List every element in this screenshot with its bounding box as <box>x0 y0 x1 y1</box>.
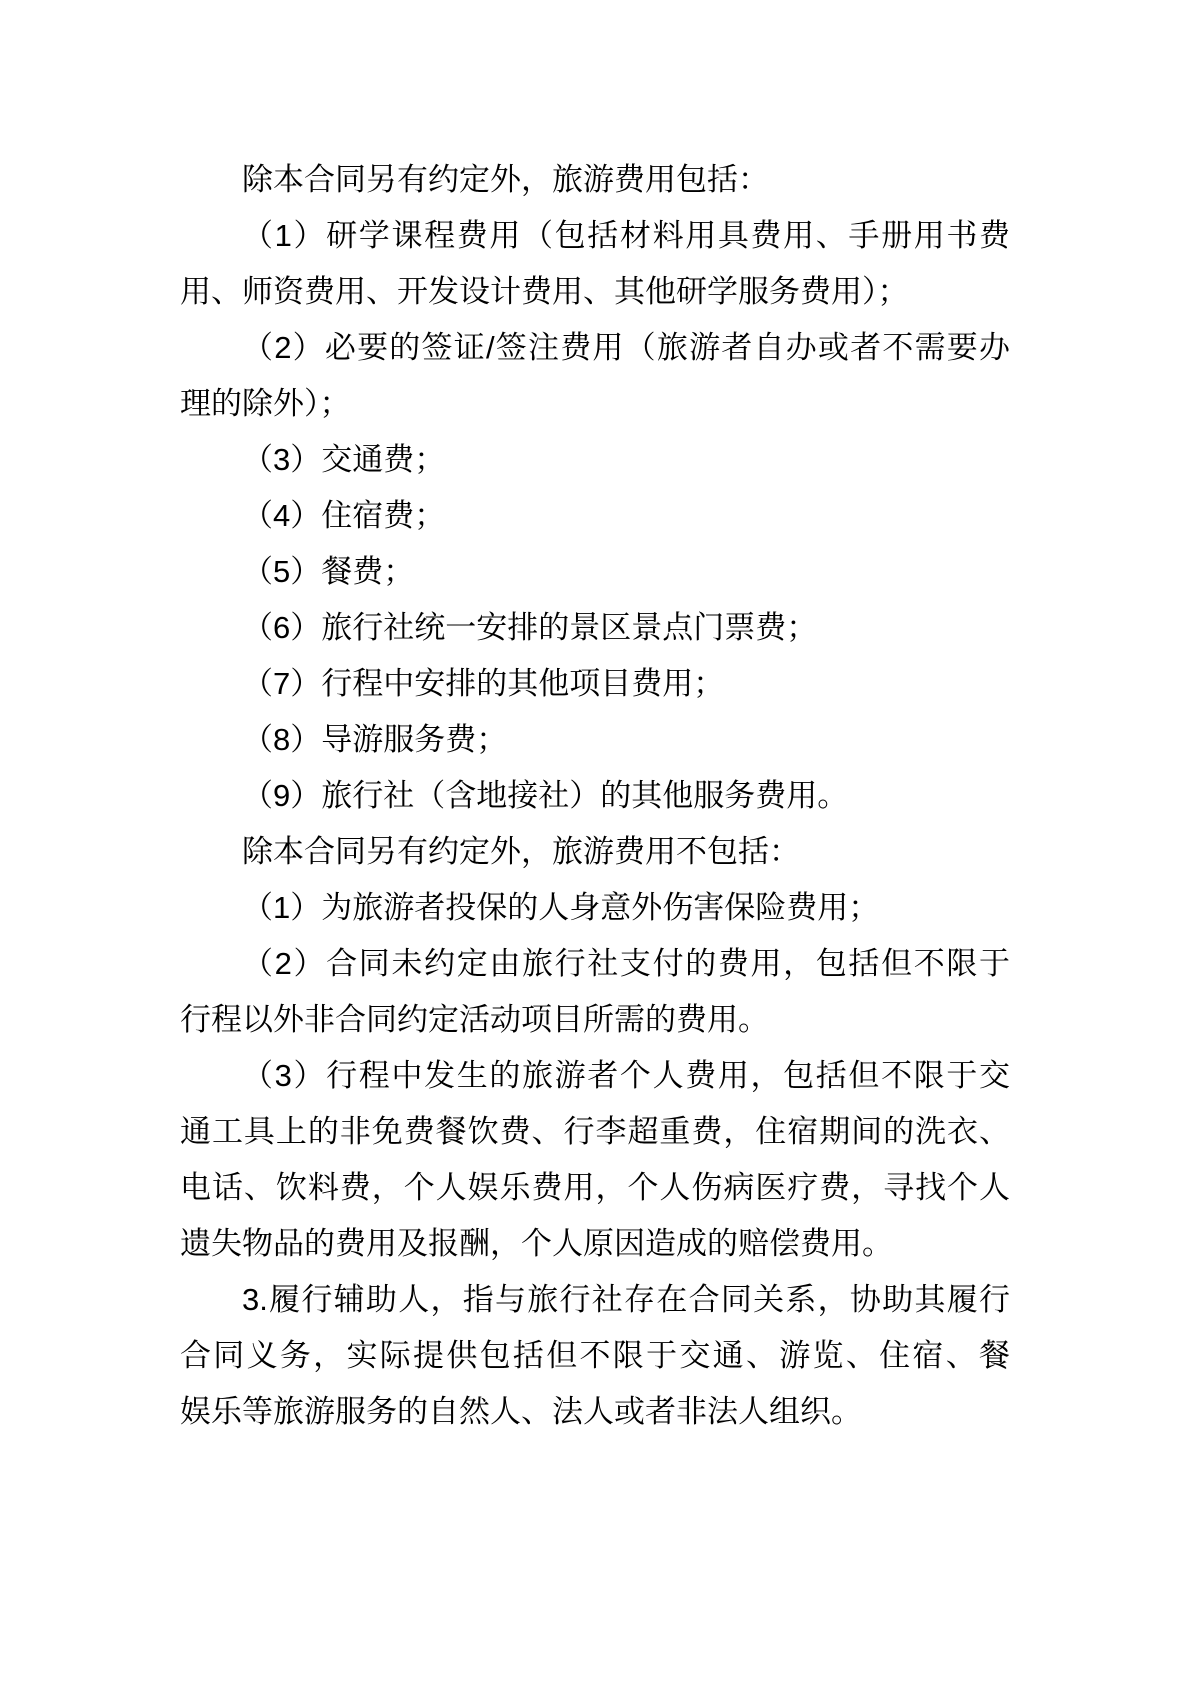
paragraph-8-line-1: （7）行程中安排的其他项目费用； <box>180 656 1010 712</box>
paragraph-10: （9）旅行社（含地接社）的其他服务费用。 <box>180 768 1010 824</box>
paragraph-8: （7）行程中安排的其他项目费用； <box>180 656 1010 712</box>
paragraph-11-line-1: 除本合同另有约定外，旅游费用不包括： <box>180 824 1010 880</box>
paragraph-2-line-2: 用、师资费用、开发设计费用、其他研学服务费用）； <box>180 264 1010 320</box>
paragraph-13-line-2: 行程以外非合同约定活动项目所需的费用。 <box>180 992 1010 1048</box>
document-page: 除本合同另有约定外，旅游费用包括：（1）研学课程费用（包括材料用具费用、手册用书… <box>0 0 1190 1682</box>
paragraph-14-line-3: 电话、饮料费，个人娱乐费用，个人伤病医疗费，寻找个人 <box>180 1160 1010 1216</box>
paragraph-15: 3.履行辅助人，指与旅行社存在合同关系，协助其履行合同义务，实际提供包括但不限于… <box>180 1272 1010 1440</box>
paragraph-9-line-1: （8）导游服务费； <box>180 712 1010 768</box>
paragraph-2: （1）研学课程费用（包括材料用具费用、手册用书费用、师资费用、开发设计费用、其他… <box>180 208 1010 320</box>
paragraph-1-line-1: 除本合同另有约定外，旅游费用包括： <box>180 152 1010 208</box>
paragraph-15-line-3: 娱乐等旅游服务的自然人、法人或者非法人组织。 <box>180 1384 1010 1440</box>
paragraph-3-line-2: 理的除外）； <box>180 376 1010 432</box>
paragraph-2-line-1: （1）研学课程费用（包括材料用具费用、手册用书费 <box>180 208 1010 264</box>
paragraph-11: 除本合同另有约定外，旅游费用不包括： <box>180 824 1010 880</box>
paragraph-5-line-1: （4）住宿费； <box>180 488 1010 544</box>
paragraph-6: （5）餐费； <box>180 544 1010 600</box>
paragraph-15-line-1: 3.履行辅助人，指与旅行社存在合同关系，协助其履行 <box>180 1272 1010 1328</box>
paragraph-14-line-1: （3）行程中发生的旅游者个人费用，包括但不限于交 <box>180 1048 1010 1104</box>
paragraph-13: （2）合同未约定由旅行社支付的费用，包括但不限于行程以外非合同约定活动项目所需的… <box>180 936 1010 1048</box>
paragraph-1: 除本合同另有约定外，旅游费用包括： <box>180 152 1010 208</box>
paragraph-4: （3）交通费； <box>180 432 1010 488</box>
paragraph-13-line-1: （2）合同未约定由旅行社支付的费用，包括但不限于 <box>180 936 1010 992</box>
paragraph-14-line-4: 遗失物品的费用及报酬，个人原因造成的赔偿费用。 <box>180 1216 1010 1272</box>
paragraph-3-line-1: （2）必要的签证/签注费用（旅游者自办或者不需要办 <box>180 320 1010 376</box>
paragraph-7: （6）旅行社统一安排的景区景点门票费； <box>180 600 1010 656</box>
paragraph-14: （3）行程中发生的旅游者个人费用，包括但不限于交通工具上的非免费餐饮费、行李超重… <box>180 1048 1010 1272</box>
paragraph-5: （4）住宿费； <box>180 488 1010 544</box>
paragraph-7-line-1: （6）旅行社统一安排的景区景点门票费； <box>180 600 1010 656</box>
paragraph-9: （8）导游服务费； <box>180 712 1010 768</box>
paragraph-12-line-1: （1）为旅游者投保的人身意外伤害保险费用； <box>180 880 1010 936</box>
paragraph-3: （2）必要的签证/签注费用（旅游者自办或者不需要办理的除外）； <box>180 320 1010 432</box>
paragraph-6-line-1: （5）餐费； <box>180 544 1010 600</box>
document-body: 除本合同另有约定外，旅游费用包括：（1）研学课程费用（包括材料用具费用、手册用书… <box>180 152 1010 1440</box>
paragraph-14-line-2: 通工具上的非免费餐饮费、行李超重费，住宿期间的洗衣、 <box>180 1104 1010 1160</box>
paragraph-15-line-2: 合同义务，实际提供包括但不限于交通、游览、住宿、餐饮、 <box>180 1328 1010 1384</box>
paragraph-12: （1）为旅游者投保的人身意外伤害保险费用； <box>180 880 1010 936</box>
paragraph-4-line-1: （3）交通费； <box>180 432 1010 488</box>
paragraph-10-line-1: （9）旅行社（含地接社）的其他服务费用。 <box>180 768 1010 824</box>
